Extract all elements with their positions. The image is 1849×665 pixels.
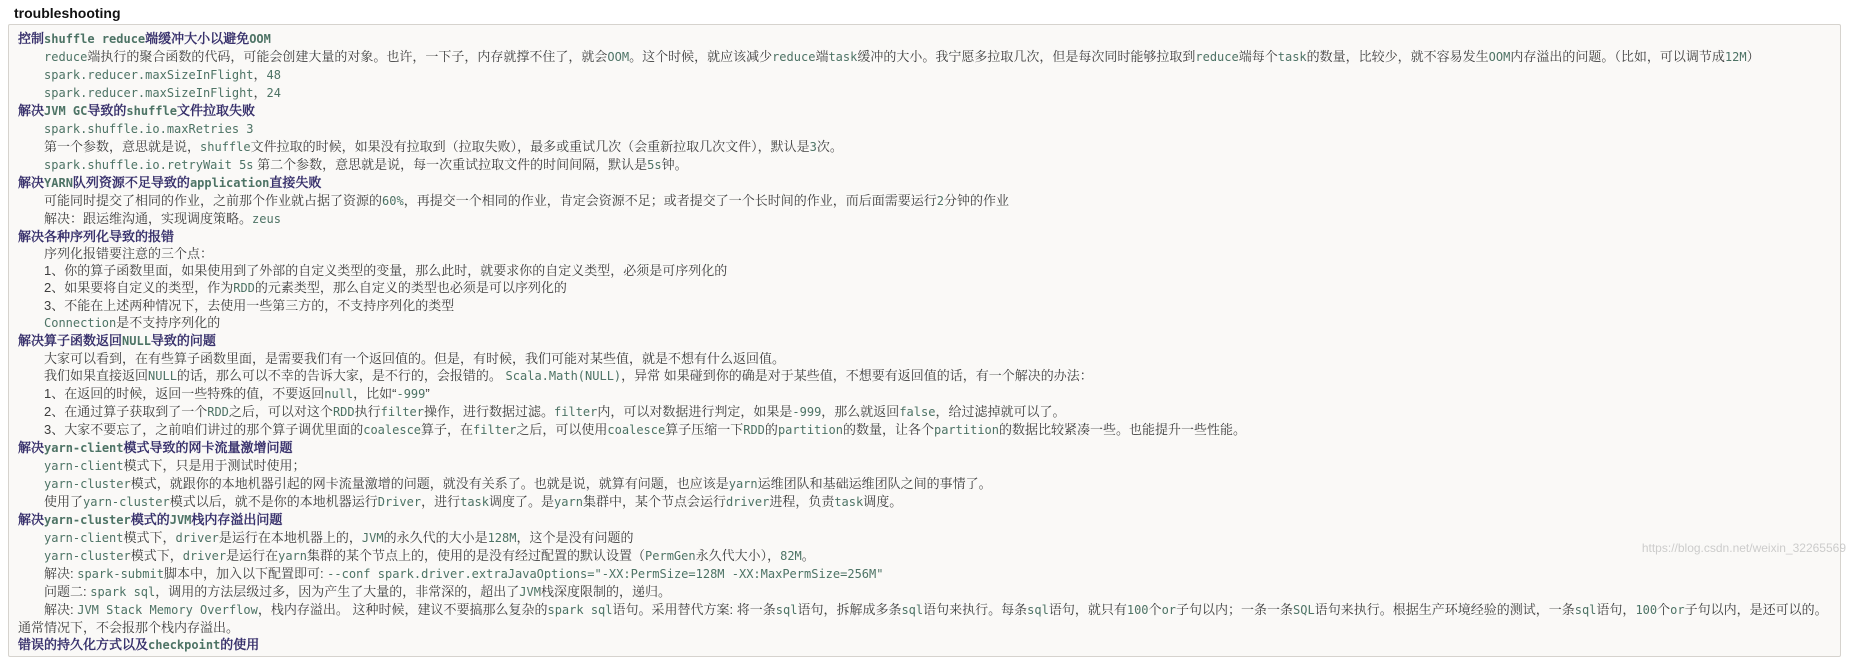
doc-heading: 解决各种序列化导致的报错 — [18, 228, 1831, 245]
text-segment: 的使用 — [220, 637, 259, 652]
doc-paragraph: 解决：跟运维沟通，实现调度策略。zeus — [18, 210, 1831, 228]
inline-code: driver — [183, 549, 226, 563]
inline-code: sql — [901, 603, 923, 617]
text-segment: 解决 — [18, 512, 44, 527]
text-segment: 序列化报错要注意的三个点： — [44, 246, 213, 261]
inline-code: spark.reducer.maxSizeInFlight — [44, 68, 254, 82]
inline-code: yarn-cluster — [44, 477, 131, 491]
text-segment: 模式的 — [131, 512, 170, 527]
text-segment: 端 — [815, 49, 828, 64]
doc-paragraph: 2、如果要将自定义的类型，作为RDD的元素类型，那么自定义的类型也必须是可以序列… — [18, 279, 1831, 297]
text-segment: 解决 — [18, 175, 44, 190]
inline-code: 128M — [488, 531, 517, 545]
inline-code: application — [190, 176, 269, 190]
inline-code: filter — [381, 405, 424, 419]
text-segment: ， — [254, 85, 267, 100]
text-segment: ，给过滤掉就可以了。 — [935, 404, 1065, 419]
doc-paragraph: yarn-cluster模式下，driver是运行在yarn集群的某个节点上的，… — [18, 547, 1831, 565]
doc-paragraph: 解决: JVM Stack Memory Overflow，栈内存溢出。 这种时… — [18, 601, 1831, 636]
text-segment: 集群中，某个节点会运行 — [583, 494, 726, 509]
inline-code: NULL — [122, 334, 151, 348]
text-segment: 调度了。是 — [489, 494, 554, 509]
doc-heading: 解决JVM GC导致的shuffle文件拉取失败 — [18, 102, 1831, 120]
text-segment: ，调用的方法层级过多，因为产生了大量的，非常深的，超出了 — [155, 584, 519, 599]
inline-code: --conf spark.driver.extraJavaOptions="-X… — [327, 567, 883, 581]
text-segment: 执行 — [355, 404, 381, 419]
inline-code: RDD — [233, 281, 255, 295]
text-segment: 导致的问题 — [151, 333, 216, 348]
doc-paragraph: 问题二: spark sql，调用的方法层级过多，因为产生了大量的，非常深的，超… — [18, 583, 1831, 601]
inline-code: spark.shuffle.io.maxRetries 3 — [44, 122, 254, 136]
text-segment: 解决: — [44, 602, 77, 617]
inline-code: YARN — [44, 176, 73, 190]
text-segment: 错误的持久化方式以及 — [18, 637, 148, 652]
text-segment: 个 — [1657, 602, 1670, 617]
inline-code: task — [1278, 50, 1307, 64]
text-segment: ，这个是没有问题的 — [516, 530, 633, 545]
text-segment: 使用了 — [44, 494, 83, 509]
inline-code: or — [1162, 603, 1176, 617]
text-segment: 可能同时提交了相同的作业，之前那个作业就占据了资源的 — [44, 193, 382, 208]
text-segment: 是运行在本地机器上的， — [219, 530, 362, 545]
text-segment: ，比如“ — [353, 386, 396, 401]
inline-code: filter — [554, 405, 597, 419]
text-segment: 之后，可以使用 — [516, 422, 607, 437]
inline-code: spark sql — [547, 603, 612, 617]
text-segment: 直接失败 — [269, 175, 321, 190]
inline-code: partition — [778, 423, 843, 437]
text-segment: 算子，在 — [421, 422, 473, 437]
inline-code: driver — [726, 495, 769, 509]
text-segment: 文件拉取的时候，如果没有拉取到（拉取失败），最多或重试几次（会重新拉取几次文件）… — [251, 139, 810, 154]
text-segment: ，栈内存溢出。 这种时候，建议不要搞那么复杂的 — [258, 602, 548, 617]
inline-code: 3 — [810, 140, 817, 154]
text-segment: 端执行的聚合函数的代码，可能会创建大量的对象。也许，一下子，内存就撑不住了，就会 — [87, 49, 607, 64]
inline-code: zeus — [252, 212, 281, 226]
text-segment: 语句，就只有 — [1049, 602, 1127, 617]
text-segment: 调度。 — [863, 494, 902, 509]
inline-code: shuffle — [126, 104, 177, 118]
text-segment: 2、如果要将自定义的类型，作为 — [44, 280, 233, 295]
inline-code: Driver — [378, 495, 421, 509]
text-segment: 缓冲的大小。我宁愿多拉取几次，但是每次同时能够拉取到 — [857, 49, 1195, 64]
inline-code: yarn-client — [44, 441, 123, 455]
inline-code: sql — [1575, 603, 1597, 617]
doc-paragraph: 可能同时提交了相同的作业，之前那个作业就占据了资源的60%，再提交一个相同的作业… — [18, 192, 1831, 210]
text-segment: 之后，可以对这个 — [229, 404, 333, 419]
text-segment: 的元素类型，那么自定义的类型也必须是可以序列化的 — [255, 280, 567, 295]
text-segment: 模式下，只是用于测试时使用； — [123, 458, 305, 473]
inline-code: 48 — [267, 68, 281, 82]
inline-code: JVM — [519, 585, 541, 599]
doc-paragraph: spark.shuffle.io.retryWait 5s 第二个参数，意思就是… — [18, 156, 1831, 174]
inline-code: reduce — [772, 50, 815, 64]
inline-code: yarn — [554, 495, 583, 509]
text-segment: 的 — [765, 422, 778, 437]
inline-code: checkpoint — [148, 638, 220, 652]
inline-code: NULL — [148, 369, 177, 383]
inline-code: 2 — [937, 194, 944, 208]
inline-code: Scala.Math(NULL) — [506, 369, 622, 383]
text-segment: 队列资源不足导致的 — [73, 175, 190, 190]
content-box: 控制shuffle reduce端缓冲大小以避免OOMreduce端执行的聚合函… — [8, 24, 1841, 657]
text-segment: 的数量，让各个 — [843, 422, 934, 437]
inline-code: coalesce — [363, 423, 421, 437]
text-segment: 2、在通过算子获取到了一个 — [44, 404, 207, 419]
inline-code: yarn-client — [44, 531, 123, 545]
text-segment: 操作，进行数据过滤。 — [424, 404, 554, 419]
text-segment: ，再提交一个相同的作业，肯定会资源不足；或者提交了一个长时间的作业，而后面需要运… — [404, 193, 937, 208]
inline-code: JVM — [170, 513, 192, 527]
inline-code: JVM — [362, 531, 384, 545]
inline-code: 82M — [780, 549, 802, 563]
inline-code: OOM — [249, 32, 271, 46]
inline-code: driver — [176, 531, 219, 545]
text-segment: 我们如果直接返回 — [44, 368, 148, 383]
text-segment: 语句， — [1596, 602, 1635, 617]
inline-code: spark-submit — [77, 567, 164, 581]
inline-code: RDD — [333, 405, 355, 419]
inline-code: 5s — [647, 158, 661, 172]
inline-code: JVM GC — [44, 104, 87, 118]
text-segment: ，那么就返回 — [821, 404, 899, 419]
doc-heading: 控制shuffle reduce端缓冲大小以避免OOM — [18, 30, 1831, 48]
inline-code: filter — [473, 423, 516, 437]
text-segment: 永久代大小）， — [696, 548, 781, 563]
text-segment: 解决各种序列化导致的报错 — [18, 229, 174, 244]
doc-paragraph: Connection是不支持序列化的 — [18, 314, 1831, 332]
text-segment: ，进行 — [421, 494, 460, 509]
doc-paragraph: 解决: spark-submit脚本中，加入以下配置即可: --conf spa… — [18, 565, 1831, 583]
inline-code: -999 — [396, 387, 425, 401]
text-segment: 大家可以看到，在有些算子函数里面，是需要我们有一个返回值的。但是，有时候，我们可… — [44, 351, 785, 366]
inline-code: task — [460, 495, 489, 509]
doc-paragraph: 大家可以看到，在有些算子函数里面，是需要我们有一个返回值的。但是，有时候，我们可… — [18, 350, 1831, 367]
inline-code: shuffle — [200, 140, 251, 154]
doc-paragraph: 我们如果直接返回NULL的话，那么可以不幸的告诉大家，是不行的，会报错的。 Sc… — [18, 367, 1831, 385]
inline-code: yarn-client — [44, 459, 123, 473]
text-segment: 模式下， — [123, 530, 175, 545]
inline-code: JVM Stack Memory Overflow — [77, 603, 258, 617]
inline-code: sql — [776, 603, 798, 617]
text-segment: 解决: — [44, 566, 77, 581]
inline-code: 24 — [267, 86, 281, 100]
doc-heading: 解决yarn-client模式导致的网卡流量激增问题 — [18, 439, 1831, 457]
text-segment: 语句，拆解成多条 — [797, 602, 901, 617]
doc-paragraph: 2、在通过算子获取到了一个RDD之后，可以对这个RDD执行filter操作，进行… — [18, 403, 1831, 421]
doc-paragraph: 1、你的算子函数里面，如果使用到了外部的自定义类型的变量，那么此时，就要求你的自… — [18, 262, 1831, 279]
text-segment: 语句来执行。每条 — [923, 602, 1027, 617]
text-segment: 语句来执行。根据生产环境经验的测试，一条 — [1315, 602, 1575, 617]
text-segment: 解决 — [18, 103, 44, 118]
inline-code: -999 — [792, 405, 821, 419]
doc-paragraph: yarn-client模式下，driver是运行在本地机器上的，JVM的永久代的… — [18, 529, 1831, 547]
inline-code: false — [899, 405, 935, 419]
inline-code: or — [1670, 603, 1684, 617]
inline-code: 100 — [1127, 603, 1149, 617]
text-segment: 脚本中，加入以下配置即可: — [164, 566, 327, 581]
inline-code: yarn-cluster — [83, 495, 170, 509]
text-segment: 文件拉取失败 — [177, 103, 255, 118]
doc-paragraph: spark.shuffle.io.maxRetries 3 — [18, 120, 1831, 138]
doc-paragraph: yarn-client模式下，只是用于测试时使用； — [18, 457, 1831, 475]
text-segment: 分钟的作业 — [944, 193, 1009, 208]
text-segment: ” — [425, 386, 429, 401]
inline-code: reduce — [44, 50, 87, 64]
inline-code: partition — [934, 423, 999, 437]
inline-code: spark.shuffle.io.retryWait 5s — [44, 158, 254, 172]
doc-paragraph: 1、在返回的时候，返回一些特殊的值，不要返回null，比如“-999” — [18, 385, 1831, 403]
text-segment: 。这个时候，就应该减少 — [629, 49, 772, 64]
inline-code: 60% — [382, 194, 404, 208]
text-segment: 栈内存溢出问题 — [191, 512, 282, 527]
inline-code: RDD — [207, 405, 229, 419]
text-segment: ， — [254, 67, 267, 82]
text-segment: 模式，就跟你的本地机器引起的网卡流量激增的问题，就没有关系了。也就是说，就算有问… — [131, 476, 729, 491]
doc-heading: 解决算子函数返回NULL导致的问题 — [18, 332, 1831, 350]
doc-paragraph: yarn-cluster模式，就跟你的本地机器引起的网卡流量激增的问题，就没有关… — [18, 475, 1831, 493]
inline-code: yarn-cluster — [44, 513, 131, 527]
inline-code: OOM — [607, 50, 629, 64]
text-segment: 端缓冲大小以避免 — [145, 31, 249, 46]
text-segment: 进程，负责 — [769, 494, 834, 509]
inline-code: spark.reducer.maxSizeInFlight — [44, 86, 254, 100]
text-segment: 模式导致的网卡流量激增问题 — [124, 440, 293, 455]
text-segment: 3、不能在上述两种情况下，去使用一些第三方的，不支持序列化的类型 — [44, 298, 454, 313]
inline-code: 12M — [1725, 50, 1747, 64]
doc-paragraph: reduce端执行的聚合函数的代码，可能会创建大量的对象。也许，一下子，内存就撑… — [18, 48, 1831, 66]
text-segment: 内存溢出的问题。（比如，可以调节成 — [1510, 49, 1725, 64]
text-segment: 的话，那么可以不幸的告诉大家，是不行的，会报错的。 — [177, 368, 506, 383]
inline-code: task — [834, 495, 863, 509]
text-segment: 第二个参数，意思就是说，每一次重试拉取文件的时间间隔，默认是 — [254, 157, 648, 172]
text-segment: 是不支持序列化的 — [116, 315, 220, 330]
inline-code: yarn-cluster — [44, 549, 131, 563]
text-segment: 1、你的算子函数里面，如果使用到了外部的自定义类型的变量，那么此时，就要求你的自… — [44, 263, 727, 278]
text-segment: 算子压缩一下 — [665, 422, 743, 437]
text-segment: 栈深度限制的，递归。 — [541, 584, 671, 599]
text-segment: 控制 — [18, 31, 44, 46]
inline-code: SQL — [1293, 603, 1315, 617]
text-segment: 模式以后，就不是你的本地机器运行 — [170, 494, 378, 509]
inline-code: 100 — [1635, 603, 1657, 617]
inline-code: PermGen — [645, 549, 696, 563]
text-segment: 语句。采用替代方案: 将一条 — [613, 602, 776, 617]
text-segment: 解决算子函数返回 — [18, 333, 122, 348]
inline-code: shuffle reduce — [44, 32, 145, 46]
text-segment: 端每个 — [1239, 49, 1278, 64]
watermark: https://blog.csdn.net/weixin_32265569 — [1642, 541, 1846, 555]
text-segment: 的数量，比较少，就不容易发生 — [1307, 49, 1489, 64]
inline-code: OOM — [1489, 50, 1511, 64]
text-segment: 的数据比较紧凑一些。也能提升一些性能。 — [999, 422, 1246, 437]
inline-code: coalesce — [607, 423, 665, 437]
text-segment: 运维团队和基础运维团队之间的事情了。 — [758, 476, 992, 491]
doc-heading: 错误的持久化方式以及checkpoint的使用 — [18, 636, 1831, 654]
doc-paragraph: spark.reducer.maxSizeInFlight，24 — [18, 84, 1831, 102]
text-segment: 问题二: — [44, 584, 90, 599]
inline-code: spark sql — [90, 585, 155, 599]
text-segment: 是运行在 — [226, 548, 278, 563]
text-segment: 集群的某个节点上的，使用的是没有经过配置的默认设置（ — [307, 548, 645, 563]
text-segment: 解决 — [18, 440, 44, 455]
text-segment: 子句以内；一条一条 — [1176, 602, 1293, 617]
inline-code: sql — [1027, 603, 1049, 617]
text-segment: 模式下， — [131, 548, 183, 563]
inline-code: Connection — [44, 316, 116, 330]
text-segment: 3、大家不要忘了，之前咱们讲过的那个算子调优里面的 — [44, 422, 363, 437]
inline-code: task — [828, 50, 857, 64]
doc-paragraph: 序列化报错要注意的三个点： — [18, 245, 1831, 262]
doc-heading: 解决YARN队列资源不足导致的application直接失败 — [18, 174, 1831, 192]
doc-paragraph: spark.reducer.maxSizeInFlight，48 — [18, 66, 1831, 84]
inline-code: yarn — [278, 549, 307, 563]
text-segment: 钟。 — [662, 157, 688, 172]
text-segment: 导致的 — [87, 103, 126, 118]
text-segment: ） — [1747, 49, 1760, 64]
doc-paragraph: 3、不能在上述两种情况下，去使用一些第三方的，不支持序列化的类型 — [18, 297, 1831, 314]
text-segment: 第一个参数，意思就是说， — [44, 139, 200, 154]
text-segment: 的永久代的大小是 — [384, 530, 488, 545]
text-segment: 1、在返回的时候，返回一些特殊的值，不要返回 — [44, 386, 324, 401]
text-segment: ，异常 如果碰到你的确是对于某些值，不想要有返回值的话，有一个解决的办法： — [621, 368, 1093, 383]
inline-code: null — [324, 387, 353, 401]
text-segment: 内，可以对数据进行判定，如果是 — [597, 404, 792, 419]
doc-paragraph: 使用了yarn-cluster模式以后，就不是你的本地机器运行Driver，进行… — [18, 493, 1831, 511]
inline-code: yarn — [729, 477, 758, 491]
doc-paragraph: 3、大家不要忘了，之前咱们讲过的那个算子调优里面的coalesce算子，在fil… — [18, 421, 1831, 439]
text-segment: 解决：跟运维沟通，实现调度策略。 — [44, 211, 252, 226]
doc-heading: 解决yarn-cluster模式的JVM栈内存溢出问题 — [18, 511, 1831, 529]
text-segment: 次。 — [817, 139, 843, 154]
text-segment: 。 — [802, 548, 815, 563]
page-title: troubleshooting — [14, 5, 121, 21]
inline-code: RDD — [743, 423, 765, 437]
inline-code: reduce — [1195, 50, 1238, 64]
doc-paragraph: 第一个参数，意思就是说，shuffle文件拉取的时候，如果没有拉取到（拉取失败）… — [18, 138, 1831, 156]
text-segment: 个 — [1149, 602, 1162, 617]
